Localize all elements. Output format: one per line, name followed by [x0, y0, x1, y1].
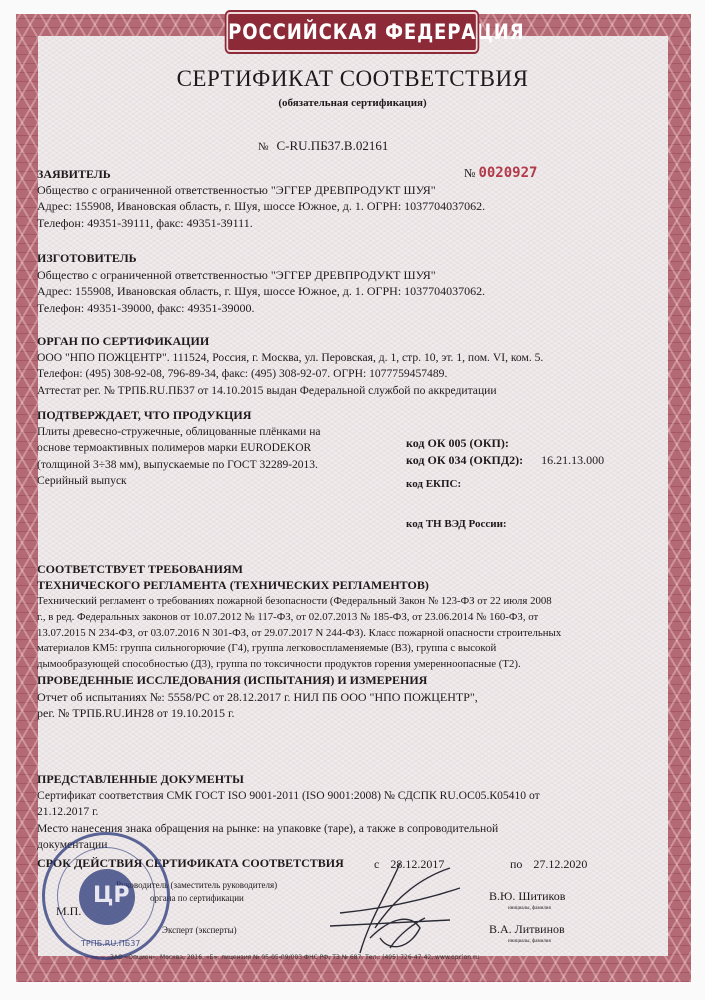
- code-ekps-label: код ЕКПС:: [406, 478, 461, 490]
- manufacturer-phone: Телефон: 49351-39000, факс: 49351-39000.: [37, 300, 485, 316]
- document-title: СЕРТИФИКАТ СООТВЕТСТВИЯ: [0, 66, 705, 92]
- requirements-heading: СООТВЕТСТВУЕТ ТРЕБОВАНИЯМ: [37, 562, 243, 577]
- requirements-line: 13.07.2015 N 234-ФЗ, от 03.07.2016 N 301…: [37, 626, 561, 642]
- code-tnved: код ТН ВЭД России:: [406, 518, 525, 530]
- product-line: основе термоактивных полимеров марки EUR…: [37, 440, 320, 456]
- requirements-line: дымообразующей способностью (Д3), группа…: [37, 657, 561, 673]
- head-name-caption: инициалы, фамилия: [508, 906, 551, 911]
- country-banner: РОССИЙСКАЯ ФЕДЕРАЦИЯ: [226, 12, 477, 52]
- expert-name: В.А. Литвинов: [489, 921, 565, 937]
- validity-to-prefix: по: [510, 857, 522, 871]
- regulation-heading: ТЕХНИЧЕСКОГО РЕГЛАМЕНТА (ТЕХНИЧЕСКИХ РЕГ…: [37, 578, 429, 593]
- manufacturer-name: Общество с ограниченной ответственностью…: [37, 267, 485, 283]
- product-line: Плиты древесно-стружечные, облицованные …: [37, 424, 320, 440]
- applicant-heading: ЗАЯВИТЕЛЬ: [37, 167, 111, 182]
- documents-line: 21.12.2017 г.: [37, 804, 540, 820]
- applicant-details: Общество с ограниченной ответственностью…: [37, 182, 485, 231]
- signature-scribble-icon: [300, 858, 470, 958]
- requirements-text: Технический регламент о требованиях пожа…: [37, 594, 561, 673]
- tests-line: Отчет об испытаниях №: 5558/РС от 28.12.…: [37, 689, 478, 705]
- expert-signature-label: Эксперт (эксперты): [162, 925, 237, 935]
- applicant-phone: Телефон: 49351-39111, факс: 49351-39111.: [37, 215, 485, 231]
- certification-body-name: ООО "НПО ПОЖЦЕНТР". 111524, Россия, г. М…: [37, 350, 543, 366]
- product-description: Плиты древесно-стружечные, облицованные …: [37, 424, 320, 489]
- product-line: (толщиной 3÷38 мм), выпускаемые по ГОСТ …: [37, 457, 320, 473]
- document-subtitle: (обязательная сертификация): [0, 97, 705, 109]
- certification-body-heading: ОРГАН ПО СЕРТИФИКАЦИИ: [37, 334, 209, 349]
- requirements-line: Технический регламент о требованиях пожа…: [37, 594, 561, 610]
- manufacturer-details: Общество с ограниченной ответственностью…: [37, 267, 485, 316]
- requirements-line: г., в ред. Федеральных законов от 10.07.…: [37, 610, 561, 626]
- form-number-symbol: №: [464, 166, 475, 180]
- certification-body-details: ООО "НПО ПОЖЦЕНТР". 111524, Россия, г. М…: [37, 350, 543, 399]
- code-okp-label: код ОК 005 (ОКП):: [406, 436, 509, 450]
- form-number: №0020927: [464, 165, 537, 181]
- head-name: В.Ю. Шитиков: [489, 888, 565, 904]
- stamp-text: ТРПБ.RU.ПБ37: [81, 939, 140, 948]
- official-stamp-icon: ЦР ТРПБ.RU.ПБ37: [42, 832, 170, 960]
- product-heading: ПОДТВЕРЖДАЕТ, ЧТО ПРОДУКЦИЯ: [37, 408, 251, 423]
- code-tnved-label: код ТН ВЭД России:: [406, 518, 507, 530]
- certificate-number: №C-RU.ПБ37.В.02161: [258, 138, 388, 154]
- applicant-name: Общество с ограниченной ответственностью…: [37, 182, 485, 198]
- certification-body-phone: Телефон: (495) 308-92-08, 796-89-34, фак…: [37, 366, 543, 382]
- printer-footer: ЗАО «Опцион», Москва, 2016, «Б», лицензи…: [110, 954, 479, 961]
- documents-heading: ПРЕДСТАВЛЕННЫЕ ДОКУМЕНТЫ: [37, 772, 244, 787]
- code-okpd2-label: код ОК 034 (ОКПД2):: [406, 453, 523, 467]
- code-okpd2-value: 16.21.13.000: [541, 453, 604, 467]
- validity-to-date: 27.12.2020: [533, 857, 587, 871]
- tests-line: рег. № ТРПБ.RU.ИН28 от 19.10.2015 г.: [37, 705, 478, 721]
- number-symbol: №: [258, 141, 269, 153]
- tests-heading: ПРОВЕДЕННЫЕ ИССЛЕДОВАНИЯ (ИСПЫТАНИЯ) И И…: [37, 673, 427, 688]
- validity-to: по 27.12.2020: [510, 856, 587, 872]
- manufacturer-address: Адрес: 155908, Ивановская область, г. Шу…: [37, 283, 485, 299]
- manufacturer-heading: ИЗГОТОВИТЕЛЬ: [37, 251, 137, 266]
- code-okpd2: код ОК 034 (ОКПД2):16.21.13.000: [406, 453, 604, 468]
- certification-body-accreditation: Аттестат рег. № ТРПБ.RU.ПБ37 от 14.10.20…: [37, 383, 543, 399]
- code-ekps: код ЕКПС:: [406, 478, 479, 490]
- code-okp: код ОК 005 (ОКП):: [406, 436, 527, 451]
- tests-text: Отчет об испытаниях №: 5558/РС от 28.12.…: [37, 689, 478, 722]
- applicant-address: Адрес: 155908, Ивановская область, г. Шу…: [37, 198, 485, 214]
- certificate-number-value: C-RU.ПБ37.В.02161: [277, 138, 389, 153]
- form-number-value: 0020927: [478, 165, 537, 181]
- requirements-line: материалов КМ5: группа сильногорючие (Г4…: [37, 641, 561, 657]
- product-line: Серийный выпуск: [37, 473, 320, 489]
- documents-line: Сертификат соответствия СМК ГОСТ ISO 900…: [37, 788, 540, 804]
- expert-name-caption: инициалы, фамилия: [508, 939, 551, 944]
